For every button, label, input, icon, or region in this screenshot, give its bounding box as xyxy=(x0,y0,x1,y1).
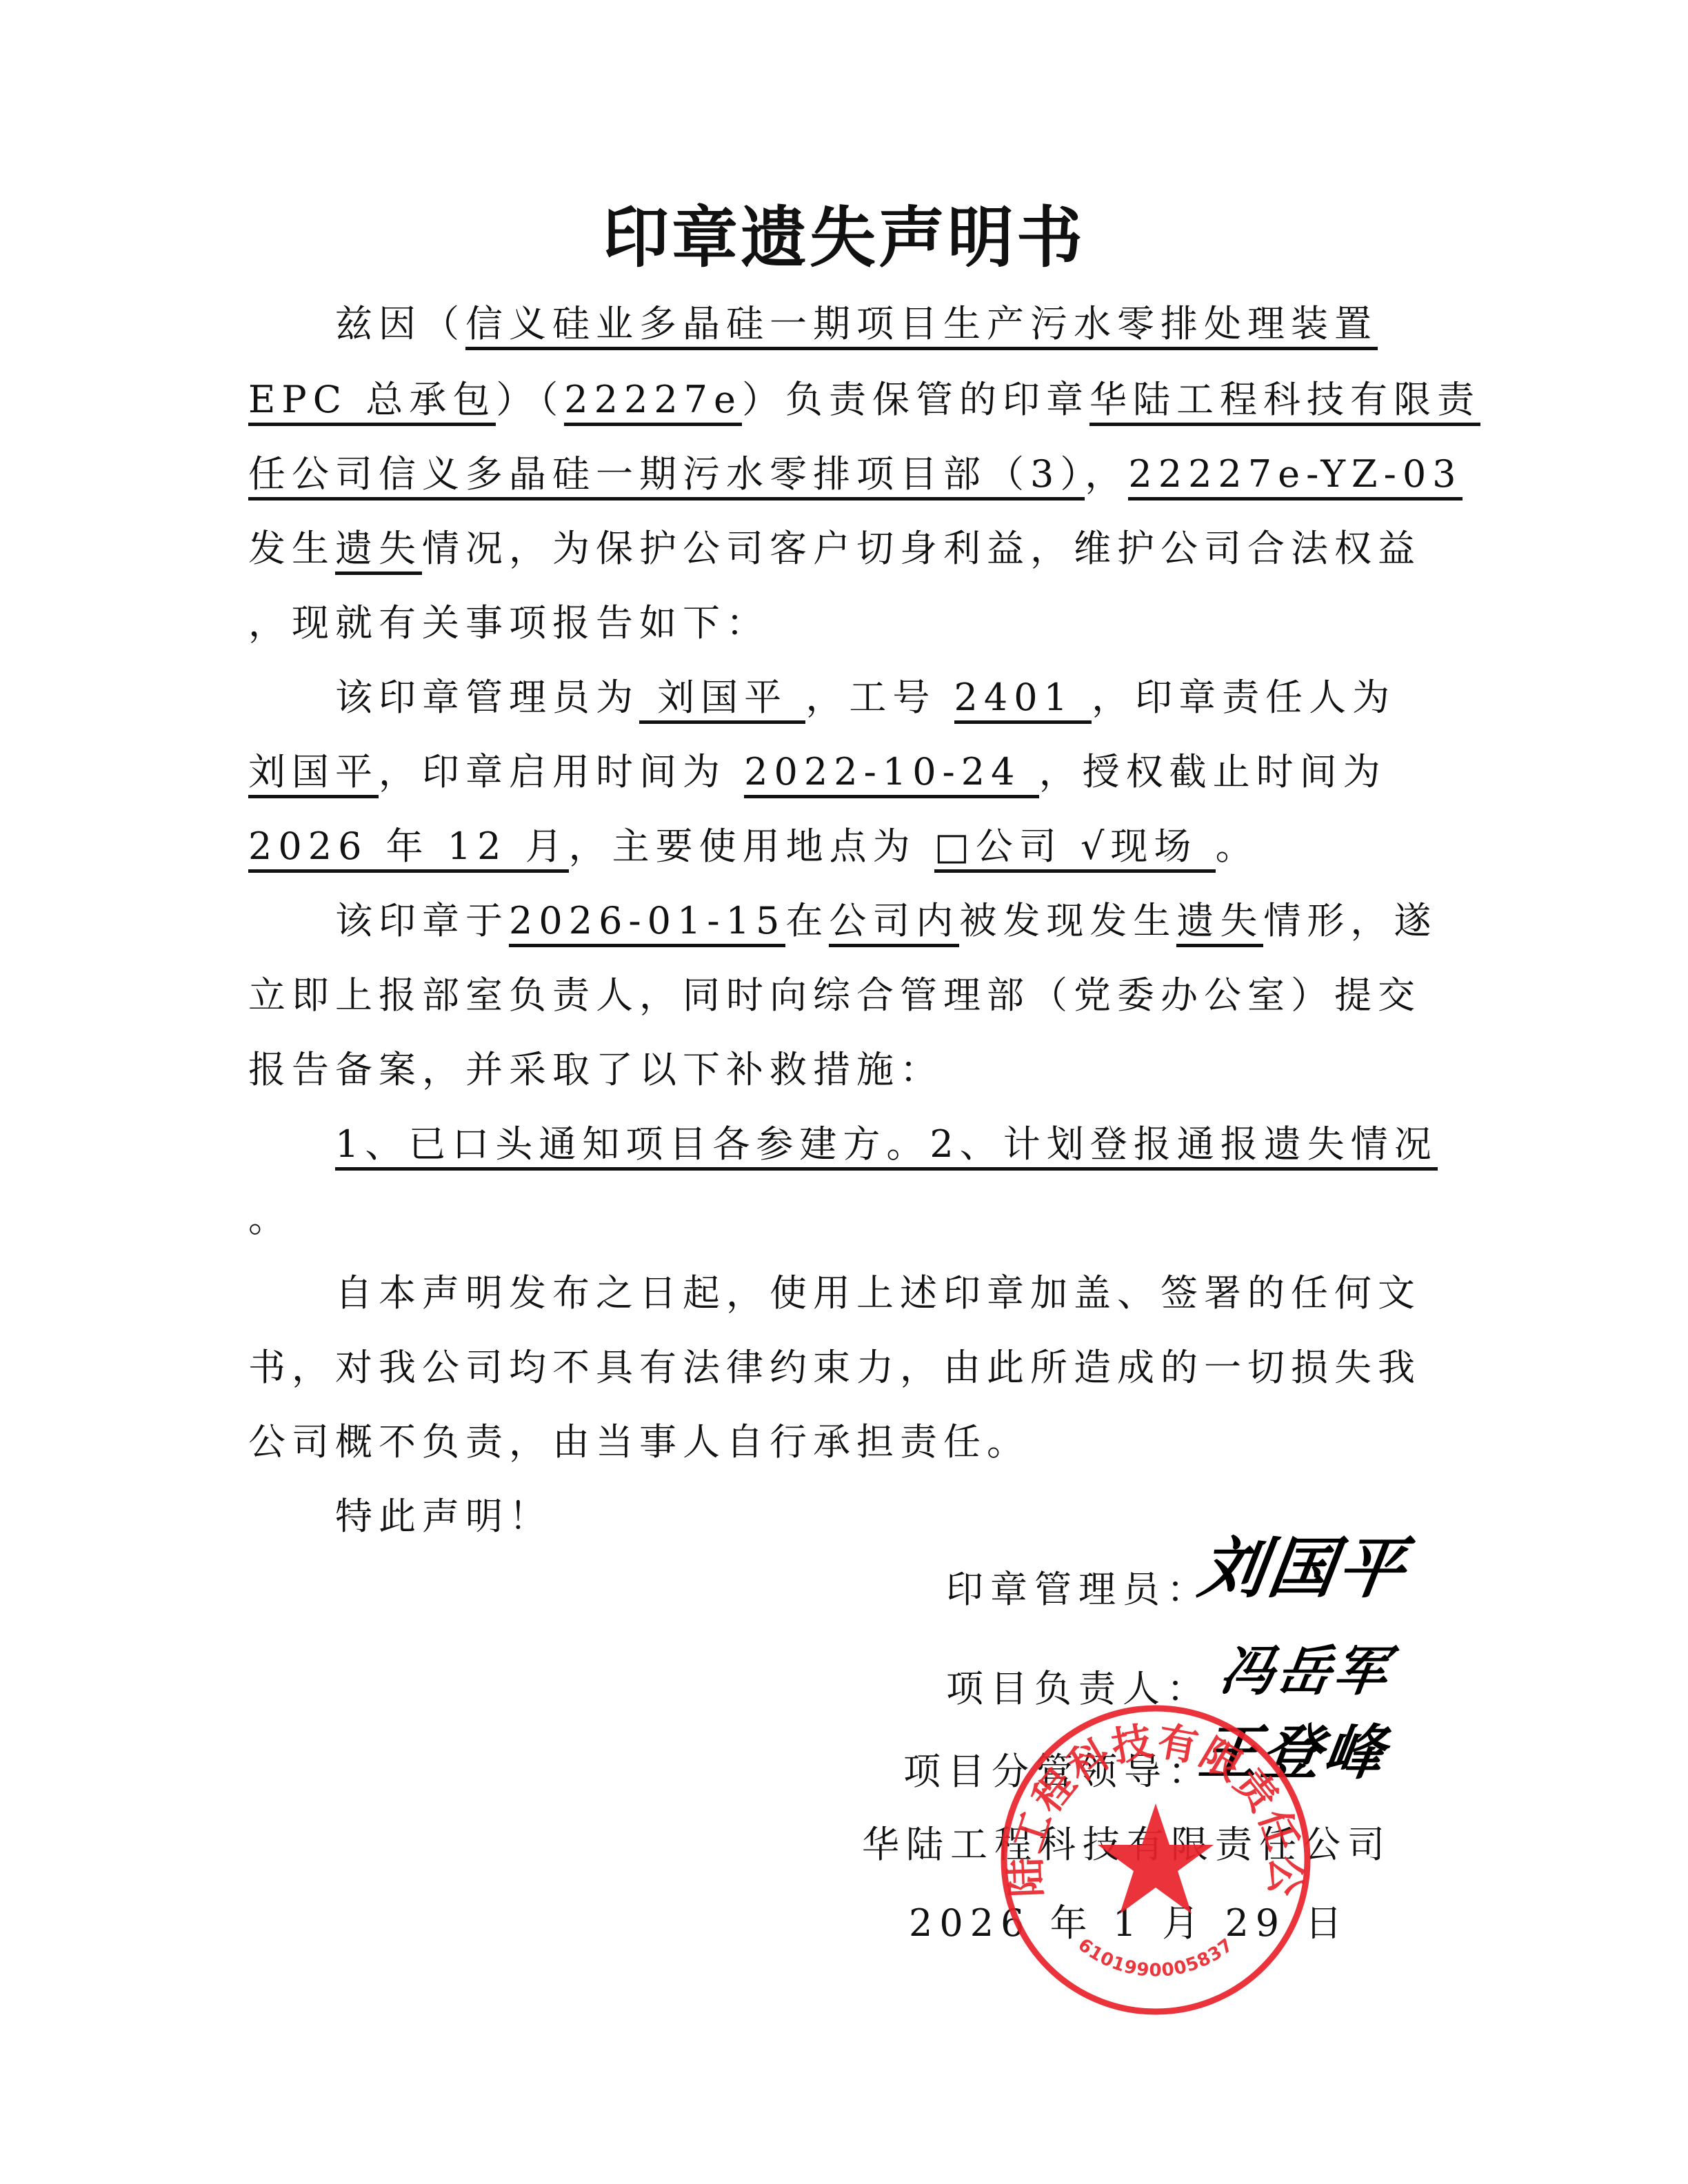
project-name-field: 信义硅业多晶硅一期项目生产污水零排处理装置 xyxy=(465,302,1378,350)
paragraph3-line3: 报告备案，并采取了以下补救措施： xyxy=(248,1042,943,1098)
paragraph4-line3: 公司概不负责，由当事人自行承担责任。 xyxy=(248,1415,1030,1470)
project-name-field: EPC 总承包 xyxy=(248,378,496,426)
event-field: 遗失 xyxy=(335,527,422,575)
seal-name-field: 任公司信义多晶硅一期污水零排项目部（3） xyxy=(248,452,1085,501)
employee-id-field: 2401 xyxy=(954,676,1092,724)
remedies-line1: 1、已口头通知项目各参建方。2、计划登报通报遗失情况 xyxy=(335,1117,1438,1172)
loss-date-field: 2026-01-15 xyxy=(509,899,785,947)
text: 兹因（ xyxy=(335,302,465,345)
remedies-field: 1、已口头通知项目各参建方。2、计划登报通报遗失情况 xyxy=(335,1122,1438,1171)
text: 发生 xyxy=(248,527,335,570)
paragraph1-line4: 发生遗失情况，为保护公司客户切身利益，维护公司合法权益 xyxy=(248,521,1421,576)
paragraph1-line2: EPC 总承包）（22227e）负责保管的印章华陆工程科技有限责 xyxy=(248,372,1480,427)
text: ）（ xyxy=(496,378,564,421)
document-page: 印章遗失声明书 兹因（信义硅业多晶硅一期项目生产污水零排处理装置 EPC 总承包… xyxy=(0,0,1688,2184)
loss-place-field: 公司内 xyxy=(829,899,959,947)
project-lead-label: 项目负责人： xyxy=(946,1661,1211,1717)
text: 被发现发生 xyxy=(959,899,1176,942)
text: 该印章管理员为 xyxy=(335,676,639,719)
text: 情况，为保护公司客户切身利益，维护公司合法权益 xyxy=(422,527,1421,570)
signature-date: 2026 年 1 月 29 日 xyxy=(909,1896,1349,1951)
project-lead-signature: 冯岳军 xyxy=(1215,1634,1395,1710)
text: ，主要使用地点为 xyxy=(569,825,934,868)
company-name: 华陆工程科技有限责任公司 xyxy=(862,1817,1391,1872)
text: ）负责保管的印章 xyxy=(742,378,1089,421)
paragraph4-line1: 自本声明发布之日起，使用上述印章加盖、签署的任何文 xyxy=(335,1266,1421,1321)
paragraph1-line3: 任公司信义多晶硅一期污水零排项目部（3），22227e-YZ-03 xyxy=(248,447,1463,502)
paragraph3-line2: 立即上报部室负责人，同时向综合管理部（党委办公室）提交 xyxy=(248,968,1421,1023)
usage-location-field: □公司 √现场 xyxy=(934,825,1216,873)
end-date-field: 2026 年 12 月 xyxy=(248,825,569,873)
project-supervisor-label: 项目分管领导： xyxy=(903,1744,1212,1799)
seal-admin-signature: 刘国平 xyxy=(1194,1530,1411,1606)
text: 该印章于 xyxy=(335,899,509,942)
paragraph2-line1: 该印章管理员为 刘国平 ，工号 2401 ，印章责任人为 xyxy=(335,670,1396,725)
text: 情形，遂 xyxy=(1263,899,1437,942)
paragraph2-line2: 刘国平，印章启用时间为 2022-10-24 ，授权截止时间为 xyxy=(248,745,1387,800)
paragraph4-line2: 书，对我公司均不具有法律约束力，由此所造成的一切损失我 xyxy=(248,1340,1421,1395)
project-supervisor-signature: 王登峰 xyxy=(1194,1715,1391,1791)
paragraph2-line3: 2026 年 12 月，主要使用地点为 □公司 √现场 。 xyxy=(248,819,1259,874)
event-field: 遗失 xyxy=(1176,899,1263,947)
closing-statement: 特此声明！ xyxy=(335,1489,552,1544)
remedies-line2: 。 xyxy=(248,1191,292,1246)
text: ，工号 xyxy=(805,676,954,719)
paragraph1-line5: ，现就有关事项报告如下： xyxy=(248,596,770,651)
paragraph3-line1: 该印章于2026-01-15在公司内被发现发生遗失情形，遂 xyxy=(335,893,1437,949)
text: ， xyxy=(1085,452,1128,496)
text: ，授权截止时间为 xyxy=(1039,750,1387,793)
project-code-field: 22227e xyxy=(564,378,742,426)
text: ，印章责任人为 xyxy=(1092,676,1396,719)
start-date-field: 2022-10-24 xyxy=(744,750,1039,798)
text: 在 xyxy=(785,899,829,942)
seal-name-field: 华陆工程科技有限责 xyxy=(1089,378,1480,426)
text: 。 xyxy=(1216,825,1259,868)
responsible-person-field: 刘国平 xyxy=(248,750,379,798)
text: ，印章启用时间为 xyxy=(379,750,744,793)
document-title: 印章遗失声明书 xyxy=(0,193,1688,283)
seal-admin-label: 印章管理员： xyxy=(946,1562,1211,1617)
seal-code-field: 22227e-YZ-03 xyxy=(1128,452,1462,501)
seal-admin-field: 刘国平 xyxy=(639,676,805,724)
paragraph1-line1: 兹因（信义硅业多晶硅一期项目生产污水零排处理装置 xyxy=(335,296,1378,352)
